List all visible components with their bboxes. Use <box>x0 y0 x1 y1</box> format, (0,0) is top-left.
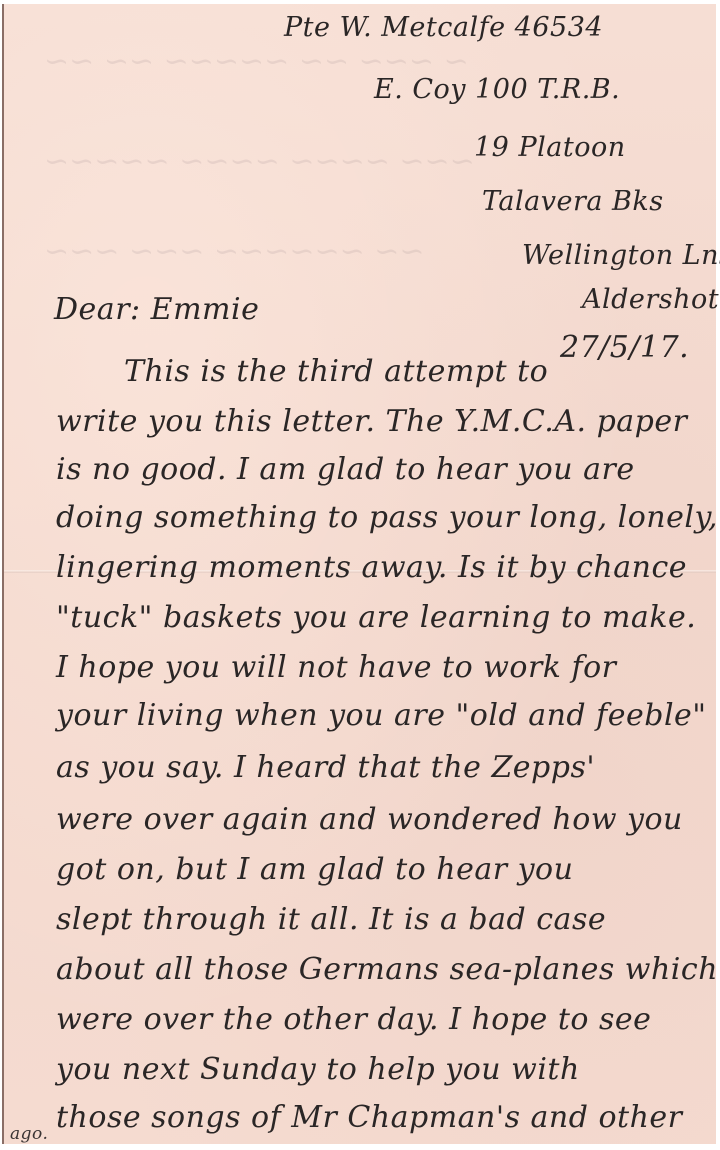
body-line: doing something to pass your long, lonel… <box>56 500 718 535</box>
letter-page: ~ ~~~ ~~ ~~~~~ ~~ ~~ ~~~ ~~~~ ~~~~ ~~~~~… <box>2 4 716 1144</box>
body-line: I hope you will not have to work for <box>56 650 617 685</box>
salutation: Dear: Emmie <box>54 292 259 327</box>
reverse-show-through: ~~ ~~~~~~ ~~~ ~~~ <box>44 234 425 269</box>
sender-lines: Wellington Lns <box>522 240 720 271</box>
margin-note: ago. <box>10 1124 48 1144</box>
body-line: slept through it all. It is a bad case <box>56 902 606 937</box>
body-line: is no good. I am glad to hear you are <box>56 452 635 487</box>
body-line: were over the other day. I hope to see <box>56 1002 651 1037</box>
sender-barracks: Talavera Bks <box>482 186 664 217</box>
body-line: got on, but I am glad to hear you <box>56 852 573 887</box>
body-line: as you say. I heard that the Zepps' <box>56 750 595 785</box>
sender-name: Pte W. Metcalfe 46534 <box>284 12 603 43</box>
body-line: about all those Germans sea-planes which <box>56 952 718 987</box>
letter-date: 27/5/17. <box>560 330 689 365</box>
body-line: you next Sunday to help you with <box>56 1052 580 1087</box>
body-line: those songs of Mr Chapman's and other <box>56 1100 683 1135</box>
sender-company: E. Coy 100 T.R.B. <box>374 74 620 105</box>
body-line: lingering moments away. Is it by chance <box>56 550 687 585</box>
body-line: "tuck" baskets you are learning to make. <box>56 600 696 635</box>
sender-town: Aldershot <box>582 284 719 315</box>
body-line: This is the third attempt to <box>124 354 548 389</box>
body-line: were over again and wondered how you <box>56 802 683 837</box>
body-line: write you this letter. The Y.M.C.A. pape… <box>56 404 687 439</box>
sender-platoon: 19 Platoon <box>474 132 626 163</box>
body-line: your living when you are "old and feeble… <box>56 698 707 733</box>
reverse-show-through: ~~~ ~~~~ ~~~~ ~~~~~ <box>44 144 475 179</box>
